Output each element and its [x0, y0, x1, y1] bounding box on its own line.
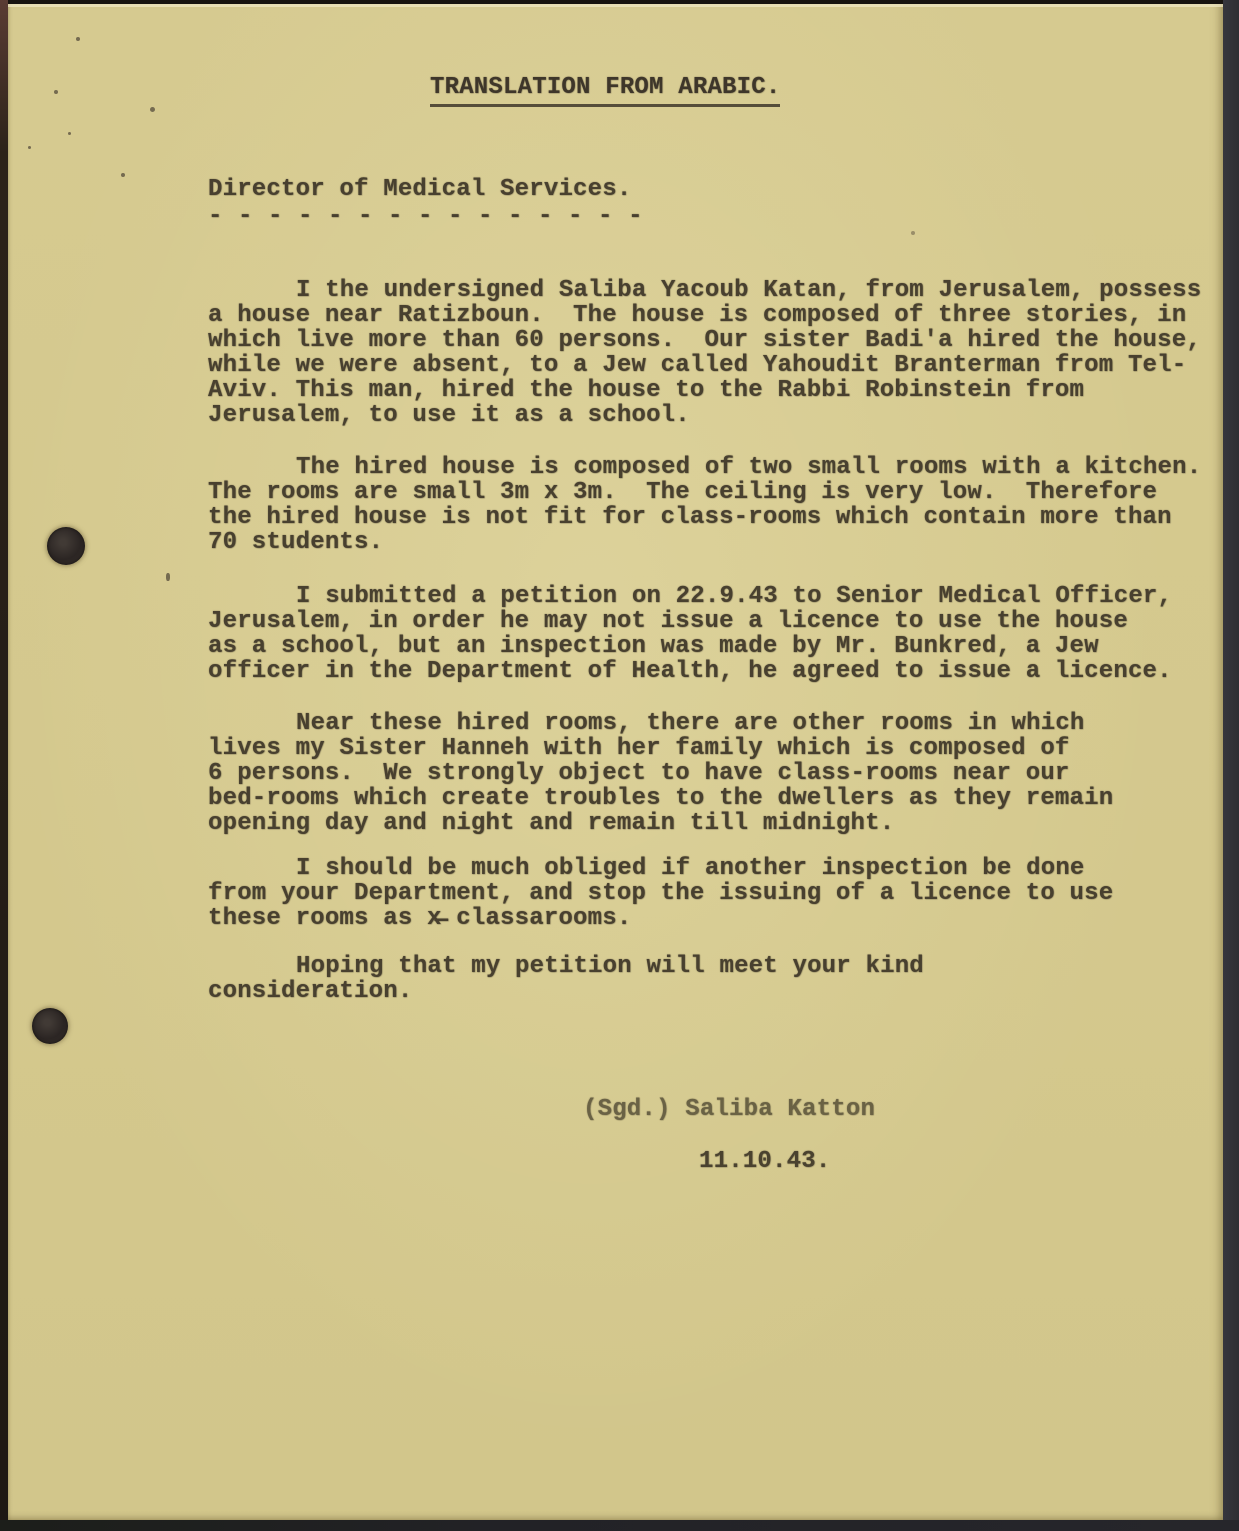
scan-edge-top-highlight — [0, 4, 1239, 7]
text-line: these rooms as x̶ classarooms. — [208, 906, 1229, 931]
scan-edge-left — [0, 0, 8, 1531]
text-line: while we were absent, to a Jew called Ya… — [208, 353, 1229, 378]
paragraph: The hired house is composed of two small… — [208, 455, 1229, 555]
scanned-letter-page: TRANSLATION FROM ARABIC. Director of Med… — [0, 0, 1239, 1531]
paragraph: Near these hired rooms, there are other … — [208, 711, 1229, 836]
scan-edge-bottom — [0, 1520, 1239, 1531]
letter-content: TRANSLATION FROM ARABIC. Director of Med… — [0, 0, 1239, 1531]
text-line: I should be much obliged if another insp… — [208, 856, 1229, 881]
text-line: Near these hired rooms, there are other … — [208, 711, 1229, 736]
text-line: the hired house is not fit for class-roo… — [208, 505, 1229, 530]
text-line: from your Department, and stop the issui… — [208, 881, 1229, 906]
paragraph: Hoping that my petition will meet your k… — [208, 954, 1229, 1004]
text-line: consideration. — [208, 979, 1229, 1004]
text-line: I submitted a petition on 22.9.43 to Sen… — [208, 584, 1229, 609]
text-line: The hired house is composed of two small… — [208, 455, 1229, 480]
text-line: as a school, but an inspection was made … — [208, 634, 1229, 659]
text-line: I the undersigned Saliba Yacoub Katan, f… — [208, 278, 1229, 303]
paragraph: I the undersigned Saliba Yacoub Katan, f… — [208, 278, 1229, 428]
signature-line: (Sgd.) Saliba Katton — [583, 1096, 875, 1123]
paragraph: I submitted a petition on 22.9.43 to Sen… — [208, 584, 1229, 684]
text-line: Jerusalem, in order he may not issue a l… — [208, 609, 1229, 634]
text-line: Hoping that my petition will meet your k… — [208, 954, 1229, 979]
text-line: which live more than 60 persons. Our sis… — [208, 328, 1229, 353]
text-line: 70 students. — [208, 530, 1229, 555]
text-line: opening day and night and remain till mi… — [208, 811, 1229, 836]
date-line: 11.10.43. — [699, 1148, 830, 1175]
paragraph: I should be much obliged if another insp… — [208, 856, 1229, 931]
text-line: officer in the Department of Health, he … — [208, 659, 1229, 684]
text-line: bed-rooms which create troubles to the d… — [208, 786, 1229, 811]
text-line: 6 persons. We strongly object to have cl… — [208, 761, 1229, 786]
text-line: The rooms are small 3m x 3m. The ceiling… — [208, 480, 1229, 505]
text-line: a house near Ratizboun. The house is com… — [208, 303, 1229, 328]
scan-edge-right — [1223, 0, 1239, 1531]
addressee-underline-rule: - - - - - - - - - - - - - - - — [208, 203, 643, 230]
document-heading: TRANSLATION FROM ARABIC. — [430, 74, 780, 107]
text-line: Jerusalem, to use it as a school. — [208, 403, 1229, 428]
text-line: Aviv. This man, hired the house to the R… — [208, 378, 1229, 403]
text-line: lives my Sister Hanneh with her family w… — [208, 736, 1229, 761]
addressee: Director of Medical Services. — [208, 176, 631, 203]
